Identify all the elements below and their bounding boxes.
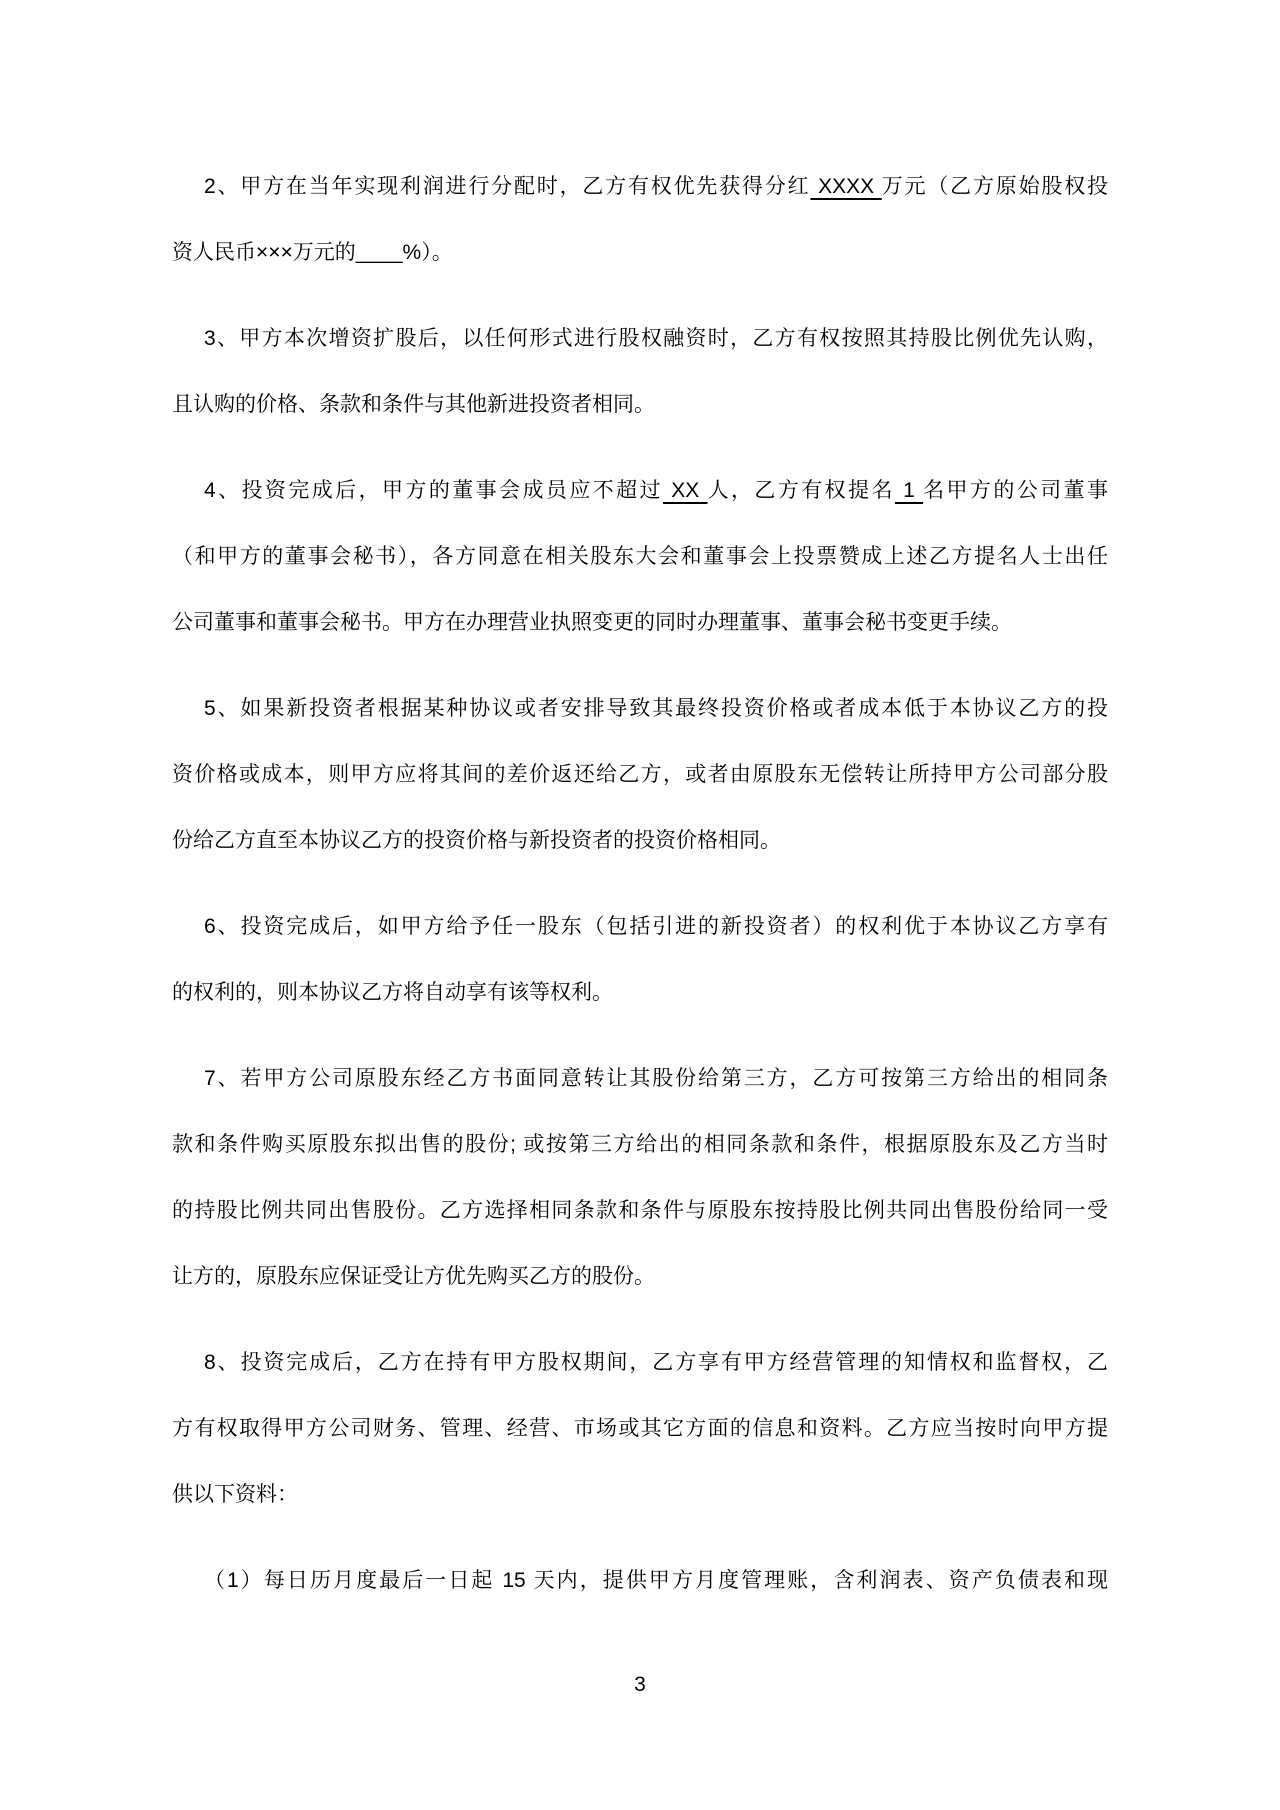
clause-7-transfer-rights: 7、若甲方公司原股东经乙方书面同意转让其股份给第三方，乙方可按第三方给出的相同条… bbox=[172, 1046, 1108, 1310]
text-line: 份给乙方直至本协议乙方的投资价格与新投资者的投资价格相同。 bbox=[172, 808, 1108, 874]
text-segment: 3、甲方本次增资扩股后，以任何形式进行股权融资时，乙方有权按照其持股比例优先认购… bbox=[204, 327, 1108, 350]
clause-3-preemptive-subscription: 3、甲方本次增资扩股后，以任何形式进行股权融资时，乙方有权按照其持股比例优先认购… bbox=[172, 306, 1108, 438]
text-line: 6、投资完成后，如甲方给予任一股东（包括引进的新投资者）的权利优于本协议乙方享有 bbox=[172, 894, 1108, 960]
text-segment: 4、投资完成后，甲方的董事会成员应不超过 bbox=[204, 479, 663, 502]
text-segment: 份给乙方直至本协议乙方的投资价格与新投资者的投资价格相同。 bbox=[172, 829, 781, 852]
text-segment: 的持股比例共同出售股份。乙方选择相同条款和条件与原股东按持股比例共同出售股份给同… bbox=[172, 1199, 1108, 1222]
clause-2-dividend-priority: 2、甲方在当年实现利润进行分配时，乙方有权优先获得分红 XXXX 万元（乙方原始… bbox=[172, 154, 1108, 286]
text-segment: 的权利的，则本协议乙方将自动享有该等权利。 bbox=[172, 981, 613, 1004]
text-segment: 人，乙方有权提名 bbox=[708, 479, 895, 502]
text-line: 方有权取得甲方公司财务、管理、经营、市场或其它方面的信息和资料。乙方应当按时向甲… bbox=[172, 1396, 1108, 1462]
text-line: 3、甲方本次增资扩股后，以任何形式进行股权融资时，乙方有权按照其持股比例优先认购… bbox=[172, 306, 1108, 372]
text-segment: 名甲方的公司董事 bbox=[923, 479, 1108, 502]
clause-5-anti-dilution: 5、如果新投资者根据某种协议或者安排导致其最终投资价格或者成本低于本协议乙方的投… bbox=[172, 676, 1108, 874]
text-line: （和甲方的董事会秘书），各方同意在相关股东大会和董事会上投票赞成上述乙方提名人士… bbox=[172, 524, 1108, 590]
text-line: （1）每日历月度最后一日起 15 天内，提供甲方月度管理账，含利润表、资产负债表… bbox=[172, 1548, 1108, 1614]
text-line: 资价格或成本，则甲方应将其间的差价返还给乙方，或者由原股东无偿转让所持甲方公司部… bbox=[172, 742, 1108, 808]
text-line: 的权利的，则本协议乙方将自动享有该等权利。 bbox=[172, 960, 1108, 1026]
text-line: 8、投资完成后，乙方在持有甲方股权期间，乙方享有甲方经营管理的知情权和监督权，乙 bbox=[172, 1330, 1108, 1396]
clause-8-item-1-monthly-accounts: （1）每日历月度最后一日起 15 天内，提供甲方月度管理账，含利润表、资产负债表… bbox=[172, 1548, 1108, 1614]
text-segment: ____ bbox=[356, 241, 403, 264]
clause-6-most-favored-rights: 6、投资完成后，如甲方给予任一股东（包括引进的新投资者）的权利优于本协议乙方享有… bbox=[172, 894, 1108, 1026]
text-line: 2、甲方在当年实现利润进行分配时，乙方有权优先获得分红 XXXX 万元（乙方原始… bbox=[172, 154, 1108, 220]
text-line: 款和条件购买原股东拟出售的股份; 或按第三方给出的相同条款和条件，根据原股东及乙… bbox=[172, 1112, 1108, 1178]
text-segment: 公司董事和董事会秘书。甲方在办理营业执照变更的同时办理董事、董事会秘书变更手续。 bbox=[172, 611, 1012, 634]
text-segment: （1）每日历月度最后一日起 15 天内，提供甲方月度管理账，含利润表、资产负债表… bbox=[204, 1569, 1108, 1592]
text-segment: 万元（乙方原始股权投 bbox=[882, 175, 1108, 198]
text-segment: 资价格或成本，则甲方应将其间的差价返还给乙方，或者由原股东无偿转让所持甲方公司部… bbox=[172, 763, 1108, 786]
text-line: 的持股比例共同出售股份。乙方选择相同条款和条件与原股东按持股比例共同出售股份给同… bbox=[172, 1178, 1108, 1244]
text-segment: 让方的，原股东应保证受让方优先购买乙方的股份。 bbox=[172, 1265, 655, 1288]
underlined-text: XXXX bbox=[810, 175, 881, 198]
text-line: 7、若甲方公司原股东经乙方书面同意转让其股份给第三方，乙方可按第三方给出的相同条 bbox=[172, 1046, 1108, 1112]
text-line: 供以下资料： bbox=[172, 1462, 1108, 1528]
text-segment: （和甲方的董事会秘书），各方同意在相关股东大会和董事会上投票赞成上述乙方提名人士… bbox=[172, 545, 1108, 568]
underlined-text: 1 bbox=[895, 479, 923, 502]
text-segment: 方有权取得甲方公司财务、管理、经营、市场或其它方面的信息和资料。乙方应当按时向甲… bbox=[172, 1417, 1108, 1440]
document-body: 2、甲方在当年实现利润进行分配时，乙方有权优先获得分红 XXXX 万元（乙方原始… bbox=[172, 154, 1108, 1718]
text-line: 5、如果新投资者根据某种协议或者安排导致其最终投资价格或者成本低于本协议乙方的投 bbox=[172, 676, 1108, 742]
text-segment: 7、若甲方公司原股东经乙方书面同意转让其股份给第三方，乙方可按第三方给出的相同条 bbox=[204, 1067, 1108, 1090]
text-segment: 且认购的价格、条款和条件与其他新进投资者相同。 bbox=[172, 393, 655, 416]
text-line: 公司董事和董事会秘书。甲方在办理营业执照变更的同时办理董事、董事会秘书变更手续。 bbox=[172, 590, 1108, 656]
text-segment: 款和条件购买原股东拟出售的股份; 或按第三方给出的相同条款和条件，根据原股东及乙… bbox=[172, 1133, 1108, 1156]
text-segment: 5、如果新投资者根据某种协议或者安排导致其最终投资价格或者成本低于本协议乙方的投 bbox=[204, 697, 1108, 720]
document-page: 2、甲方在当年实现利润进行分配时，乙方有权优先获得分红 XXXX 万元（乙方原始… bbox=[0, 0, 1280, 1810]
text-line: 4、投资完成后，甲方的董事会成员应不超过 XX 人，乙方有权提名 1 名甲方的公… bbox=[172, 458, 1108, 524]
text-segment: 供以下资料： bbox=[172, 1483, 298, 1506]
text-segment: 8、投资完成后，乙方在持有甲方股权期间，乙方享有甲方经营管理的知情权和监督权，乙 bbox=[204, 1351, 1108, 1374]
text-segment: 2、甲方在当年实现利润进行分配时，乙方有权优先获得分红 bbox=[204, 175, 810, 198]
clause-8-information-rights: 8、投资完成后，乙方在持有甲方股权期间，乙方享有甲方经营管理的知情权和监督权，乙… bbox=[172, 1330, 1108, 1528]
text-line: 且认购的价格、条款和条件与其他新进投资者相同。 bbox=[172, 372, 1108, 438]
clause-4-board-nomination: 4、投资完成后，甲方的董事会成员应不超过 XX 人，乙方有权提名 1 名甲方的公… bbox=[172, 458, 1108, 656]
text-segment: 资人民币×××万元的 bbox=[172, 241, 356, 264]
text-line: 让方的，原股东应保证受让方优先购买乙方的股份。 bbox=[172, 1244, 1108, 1310]
underlined-text: XX bbox=[663, 479, 708, 502]
text-line: 资人民币×××万元的____%）。 bbox=[172, 220, 1108, 286]
text-segment: 6、投资完成后，如甲方给予任一股东（包括引进的新投资者）的权利优于本协议乙方享有 bbox=[204, 915, 1108, 938]
page-number: 3 bbox=[172, 1652, 1108, 1718]
text-segment: %）。 bbox=[403, 241, 453, 264]
